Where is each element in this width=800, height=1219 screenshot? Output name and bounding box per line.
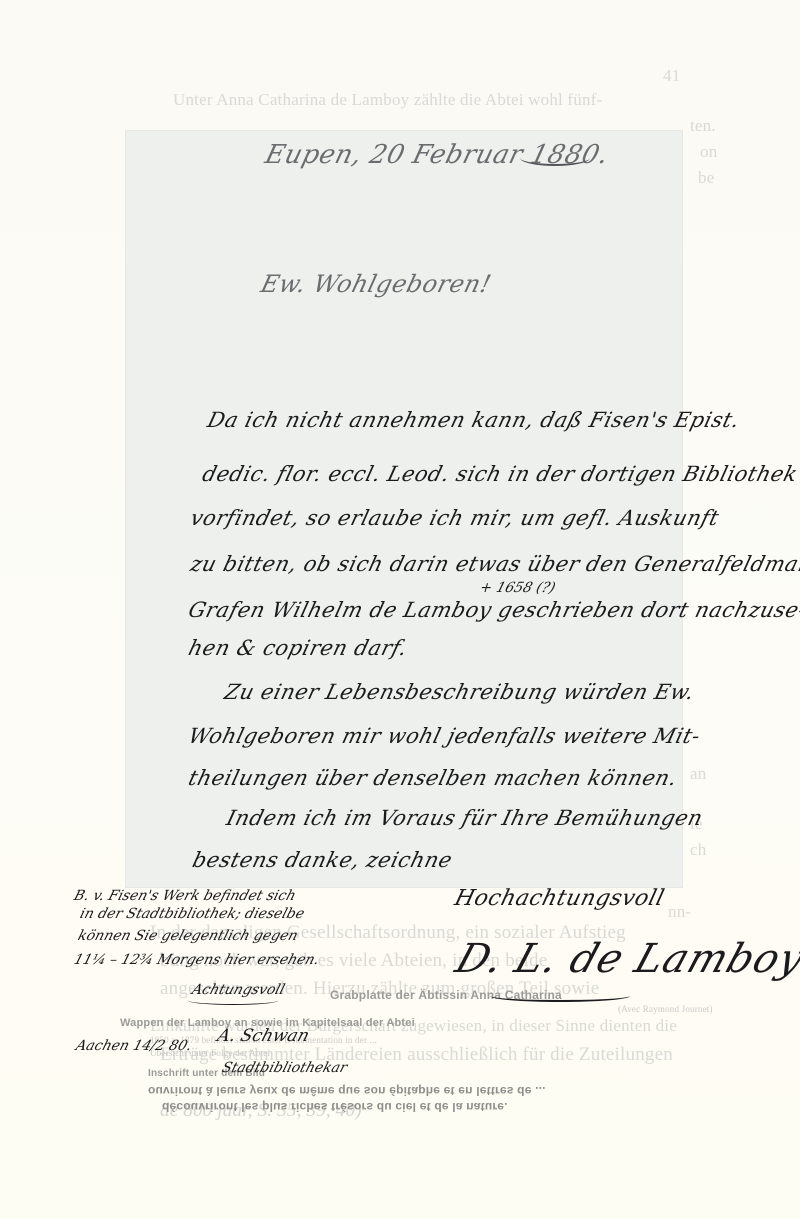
letter-body-line: Indem ich im Voraus für Ihre Bemühungen — [224, 806, 705, 830]
interlinear-note: + 1658 (?) — [478, 580, 557, 596]
letter-body-line: vorfindet, so erlaube ich mir, um gefl. … — [188, 506, 722, 530]
bleed-through-mirrored-line: découvriront les plus riches trésors du … — [162, 1100, 508, 1114]
bleed-through-fragment: nn- — [668, 902, 691, 922]
marginal-note-place-date: Aachen 14/2 80. — [74, 1038, 194, 1054]
page-number: 41 — [663, 66, 680, 86]
marginal-note-line: können Sie gelegentlich gegen — [76, 928, 300, 944]
marginal-note-signature: A. Schwan — [215, 1026, 312, 1046]
signature-flourish — [490, 990, 630, 1002]
letter-body-line: theilungen über denselben machen können. — [186, 766, 680, 790]
bleed-through-fragment: ch — [690, 840, 706, 860]
marginal-note-title: Stadtbibliothekar — [220, 1060, 349, 1076]
letter-salutation: Ew. Wohlgeboren! — [258, 270, 494, 298]
book-page: 41 Unter Anna Catharina de Lamboy zählte… — [0, 0, 800, 1219]
marginal-note-line: B. v. Fisen's Werk befindet sich — [72, 888, 298, 904]
letter-body-line: zu bitten, ob sich darin etwas über den … — [188, 552, 800, 576]
letter-body-line: Wohlgeboren mir wohl jedenfalls weitere … — [186, 724, 703, 748]
letter-closing: Hochachtungsvoll — [452, 886, 667, 911]
date-flourish — [520, 150, 590, 166]
bleed-through-fragment: an — [690, 764, 706, 784]
letter-body-line: dedic. flor. eccl. Leod. sich in der dor… — [200, 462, 800, 486]
letter-body-line: hen & copiren darf. — [186, 636, 410, 660]
bleed-through-mirrored-line: ouvriront à leurs yeux de même que son é… — [148, 1084, 546, 1098]
marginal-note-line: 11¼ – 12¾ Morgens hier ersehen. — [72, 952, 321, 968]
bleed-through-fragment: ten. — [690, 116, 716, 136]
letter-signature: D. L. de Lamboy — [450, 936, 800, 982]
bleed-through-fragment: be — [698, 168, 714, 188]
letter-body-line: bestens danke, zeichne — [190, 848, 455, 872]
letter-body-line: Grafen Wilhelm de Lamboy geschrieben dor… — [186, 598, 800, 622]
bleed-through-top-line: Unter Anna Catharina de Lamboy zählte di… — [173, 90, 602, 110]
bleed-through-caption-small: (Avec Raymond Journet) — [618, 1004, 713, 1014]
marginal-note-line: in der Stadtbibliothek; dieselbe — [78, 906, 306, 922]
bleed-through-fragment: on — [700, 142, 717, 162]
letter-body-line: Da ich nicht annehmen kann, daß Fisen's … — [205, 408, 742, 432]
note-flourish — [188, 996, 278, 1005]
letter-body-line: Zu einer Lebensbeschreibung würden Ew. — [222, 680, 697, 704]
